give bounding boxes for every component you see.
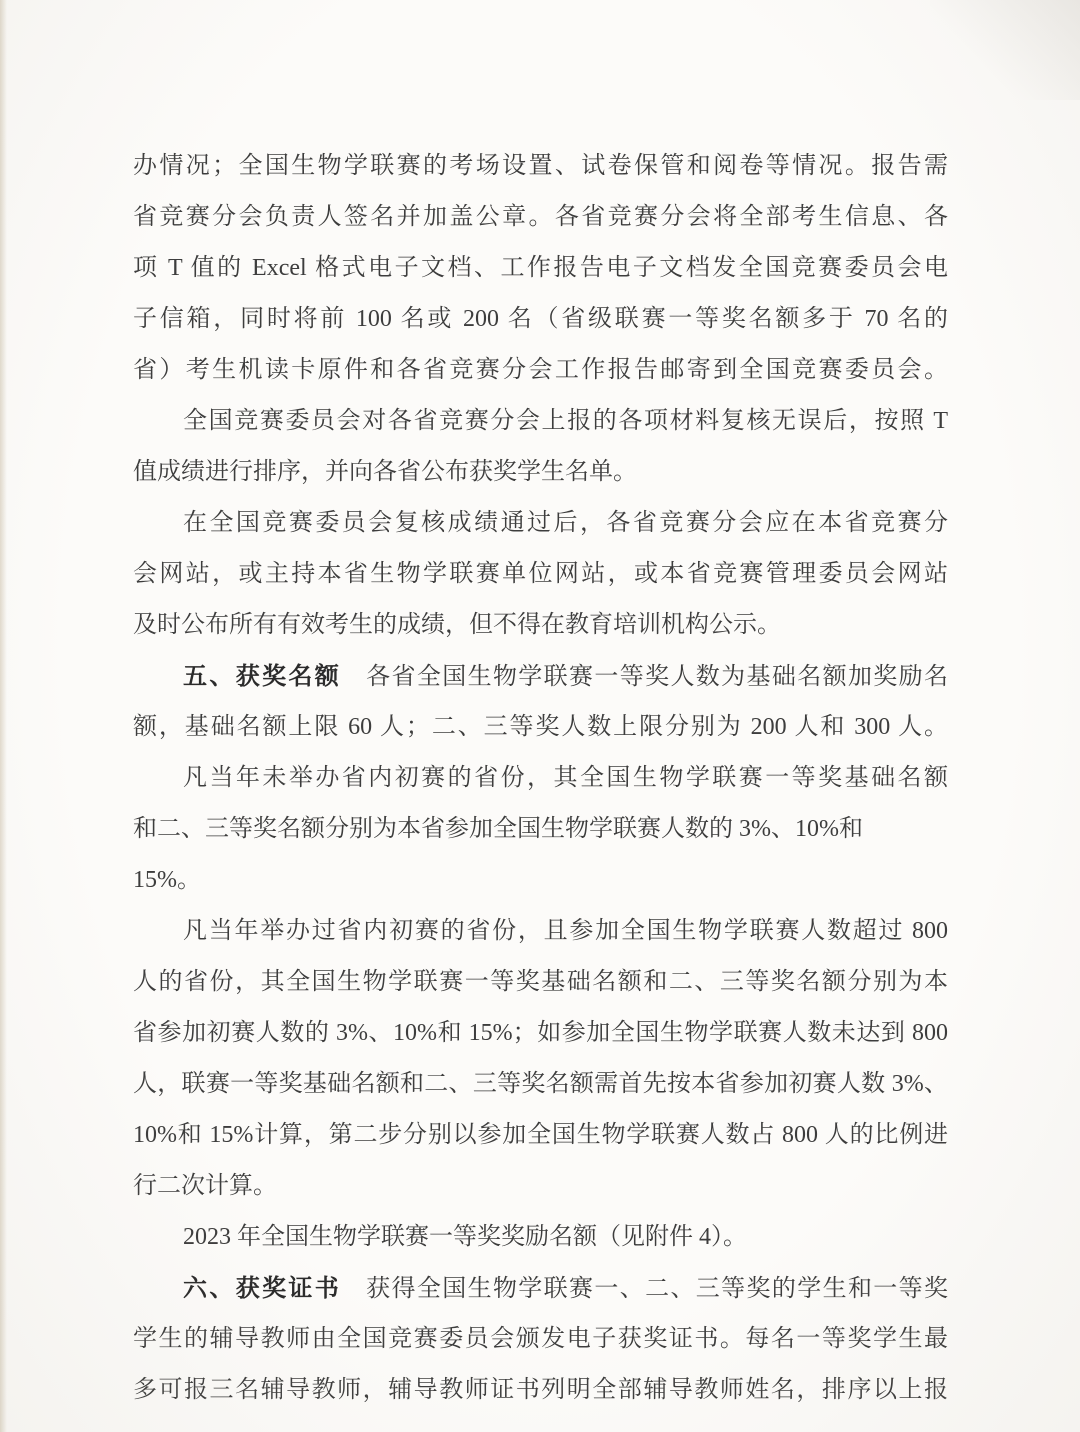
text-line: 人的省份，其全国生物学联赛一等奖基础名额和二、三等奖名额分别为本 [133,957,948,1008]
section-heading: 六、获奖证书 [183,1275,341,1302]
scan-corner-shade [930,0,1080,100]
text-line: 及时公布所有有效考生的成绩，但不得在教育培训机构公示。 [133,600,948,651]
text-line: 人，联赛一等奖基础名额和二、三等奖名额需首先按本省参加初赛人数 3%、 [133,1059,948,1110]
text-line: 六、获奖证书获得全国生物学联赛一、二、三等奖的学生和一等奖 [133,1263,948,1314]
text-line: 全国竞赛委员会对各省竞赛分会上报的各项材料复核无误后，按照 T [133,396,948,447]
text-line: 省）考生机读卡原件和各省竞赛分会工作报告邮寄到全国竞赛委员会。 [133,345,948,396]
line-text: 各省全国生物学联赛一等奖人数为基础名额加奖励名 [366,664,948,690]
text-line: 值成绩进行排序，并向各省公布获奖学生名单。 [133,447,948,498]
text-line: 额，基础名额上限 60 人；二、三等奖人数上限分别为 200 人和 300 人。 [133,702,948,753]
text-line: 办情况；全国生物学联赛的考场设置、试卷保管和阅卷等情况。报告需 [133,141,948,192]
scanned-document-page: { "colors": { "paper": "#fcfbf9", "ink":… [0,0,1080,1432]
text-line: 2023 年全国生物学联赛一等奖奖励名额（见附件 4）。 [133,1212,948,1263]
text-line: 五、获奖名额各省全国生物学联赛一等奖人数为基础名额加奖励名 [133,651,948,702]
text-line: 学生的辅导教师由全国竞赛委员会颁发电子获奖证书。每名一等奖学生最 [133,1314,948,1365]
text-line: 项 T 值的 Excel 格式电子文档、工作报告电子文档发全国竞赛委员会电 [133,243,948,294]
text-line: 多可报三名辅导教师，辅导教师证书列明全部辅导教师姓名，排序以上报 [133,1365,948,1416]
text-line: 在全国竞赛委员会复核成绩通过后，各省竞赛分会应在本省竞赛分 [133,498,948,549]
text-line: 省参加初赛人数的 3%、10%和 15%；如参加全国生物学联赛人数未达到 800 [133,1008,948,1059]
text-line: 行二次计算。 [133,1161,948,1212]
text-line: 子信箱，同时将前 100 名或 200 名（省级联赛一等奖名额多于 70 名的 [133,294,948,345]
text-line: 10%和 15%计算，第二步分别以参加全国生物学联赛人数占 800 人的比例进 [133,1110,948,1161]
page-edge-shadow [0,0,7,1432]
text-line: 省竞赛分会负责人签名并加盖公章。各省竞赛分会将全部考生信息、各 [133,192,948,243]
text-line: 凡当年未举办省内初赛的省份，其全国生物学联赛一等奖基础名额 [133,753,948,804]
text-line: 会网站，或主持本省生物学联赛单位网站，或本省竞赛管理委员会网站 [133,549,948,600]
text-line: 15%。 [133,855,948,906]
section-heading: 五、获奖名额 [183,663,341,690]
text-line: 凡当年举办过省内初赛的省份，且参加全国生物学联赛人数超过 800 [133,906,948,957]
text-line: 和二、三等奖名额分别为本省参加全国生物学联赛人数的 3%、10%和 [133,804,948,855]
text-block: 办情况；全国生物学联赛的考场设置、试卷保管和阅卷等情况。报告需省竞赛分会负责人签… [133,141,948,1416]
line-text: 获得全国生物学联赛一、二、三等奖的学生和一等奖 [366,1276,948,1302]
